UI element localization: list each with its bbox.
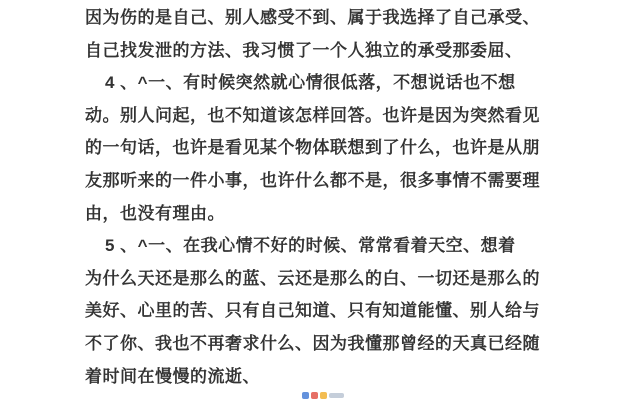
- watermark-logo-icon: [302, 391, 344, 399]
- watermark-dot-red: [311, 392, 318, 399]
- text-line: 友那听来的一件小事，也许什么都不是，很多事情不需要理: [85, 165, 563, 198]
- text-line: 美好、心里的苦、只有自己知道、只有知道能懂、别人给与: [85, 295, 563, 328]
- watermark-dot-blue: [302, 392, 309, 399]
- watermark-bar: [329, 393, 344, 398]
- text-line: 不了你、我也不再奢求什么、因为我懂那曾经的天真已经随: [85, 328, 563, 361]
- text-line-item-5: 5 、^一、在我心情不好的时候、常常看着天空、想着: [85, 230, 563, 263]
- document-text-block: 因为伤的是自己、别人感受不到、属于我选择了自己承受、 自己找发泄的方法、我习惯了…: [85, 2, 563, 393]
- watermark-dot-yellow: [320, 392, 327, 399]
- text-line: 着时间在慢慢的流逝、: [85, 361, 563, 394]
- text-line-item-4: 4 、^一、有时候突然就心情很低落，不想说话也不想: [85, 67, 563, 100]
- text-line: 动。别人问起，也不知道该怎样回答。也许是因为突然看见: [85, 100, 563, 133]
- text-line: 为什么天还是那么的蓝、云还是那么的白、一切还是那么的: [85, 263, 563, 296]
- text-line: 自己找发泄的方法、我习惯了一个人独立的承受那委屈、: [85, 35, 563, 68]
- text-line: 的一句话，也许是看见某个物体联想到了什么，也许是从朋: [85, 132, 563, 165]
- text-line: 因为伤的是自己、别人感受不到、属于我选择了自己承受、: [85, 2, 563, 35]
- text-line: 由，也没有理由。: [85, 198, 563, 231]
